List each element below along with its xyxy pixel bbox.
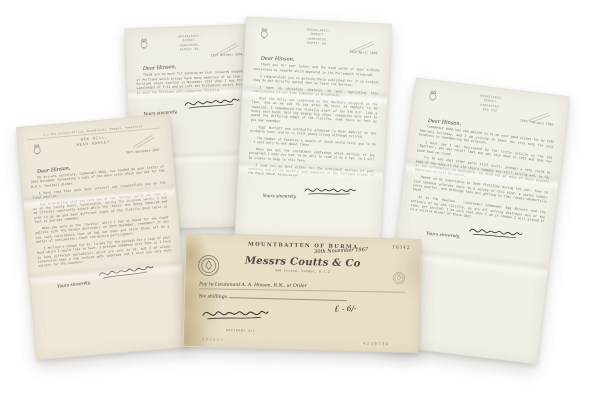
letter-body: Commander Webb has now passed on to me y… <box>410 124 555 228</box>
letter-1956: BROADLANDS,ROMSEY,HAMPSHIRE.ROMSEY 88. 3… <box>234 16 392 253</box>
signature-mountbatten <box>196 304 275 328</box>
serial-number-right: 4230734 <box>363 341 390 347</box>
pencil-annotation-icon <box>525 108 553 127</box>
text-line: When the Kelly was completed at the Hawt… <box>251 96 378 129</box>
amount-in-words: Six shillings <box>199 292 349 303</box>
letter-1967-content: c/o The Estate Office, Broadlands, Romse… <box>17 115 189 359</box>
closing: Yours sincerely, <box>247 178 374 204</box>
letter-body: My private secretary, Commander Webb, ha… <box>30 164 172 268</box>
pencil-annotation-icon <box>214 41 241 58</box>
valediction: Yours sincerely, <box>262 194 296 200</box>
letter-1956-content: BROADLANDS,ROMSEY,HAMPSHIRE.ROMSEY 88. 3… <box>235 17 391 252</box>
signature-mountbatten <box>183 94 242 115</box>
signature-mountbatten <box>467 222 525 248</box>
signature-mountbatten <box>303 181 358 203</box>
pencil-annotation-icon <box>130 133 157 152</box>
ruled-line <box>229 293 347 301</box>
letterhead: BROADLANDS,ROMSEY,HAMPSHIRE.ROMSEY 88. <box>135 32 246 53</box>
crest-icon <box>139 36 149 51</box>
letter-body: Thank you for your letter and the kind w… <box>248 62 380 182</box>
serial-number-left: 989882 <box>202 336 225 342</box>
closing: Yours sincerely, <box>137 94 248 117</box>
cheque-account-title: MOUNTBATTEN OF BURMA 16342 <box>194 240 412 252</box>
text-line: Thank you so much for sending me your co… <box>136 69 247 94</box>
coutts-cheque: MOUNTBATTEN OF BURMA 16342 30th November… <box>183 233 422 353</box>
photo-of-documents: BROADLANDS,ROMSEY,HAMPSHIRE.ROMSEY 88. 1… <box>0 0 600 400</box>
cheque-content: MOUNTBATTEN OF BURMA 16342 30th November… <box>184 234 421 352</box>
cheque-number: 16342 <box>392 245 410 250</box>
letter-1967: c/o The Estate Office, Broadlands, Romse… <box>16 114 190 361</box>
valediction: Yours sincerely, <box>426 231 460 239</box>
amount-figures: £ - 6/- <box>334 304 356 314</box>
cheque-date: 30th November 1967 <box>314 247 368 255</box>
bank-crest-stamp-icon <box>197 254 220 281</box>
signature-mountbatten <box>96 261 157 285</box>
valediction: Yours sincerely, <box>56 280 90 289</box>
payee-line: Pay to Lieutenant A. A. Hinson, R.N., or… <box>199 282 405 293</box>
amount-words-text: Six shillings <box>199 294 227 300</box>
crest-icon <box>259 26 270 41</box>
pencil-annotation-icon <box>349 39 376 57</box>
account-type: ORDINARY A/c <box>226 328 256 333</box>
crest-icon <box>32 142 43 157</box>
letter-body: Thank you so much for sending me your co… <box>136 69 247 94</box>
crest-icon <box>427 88 439 103</box>
